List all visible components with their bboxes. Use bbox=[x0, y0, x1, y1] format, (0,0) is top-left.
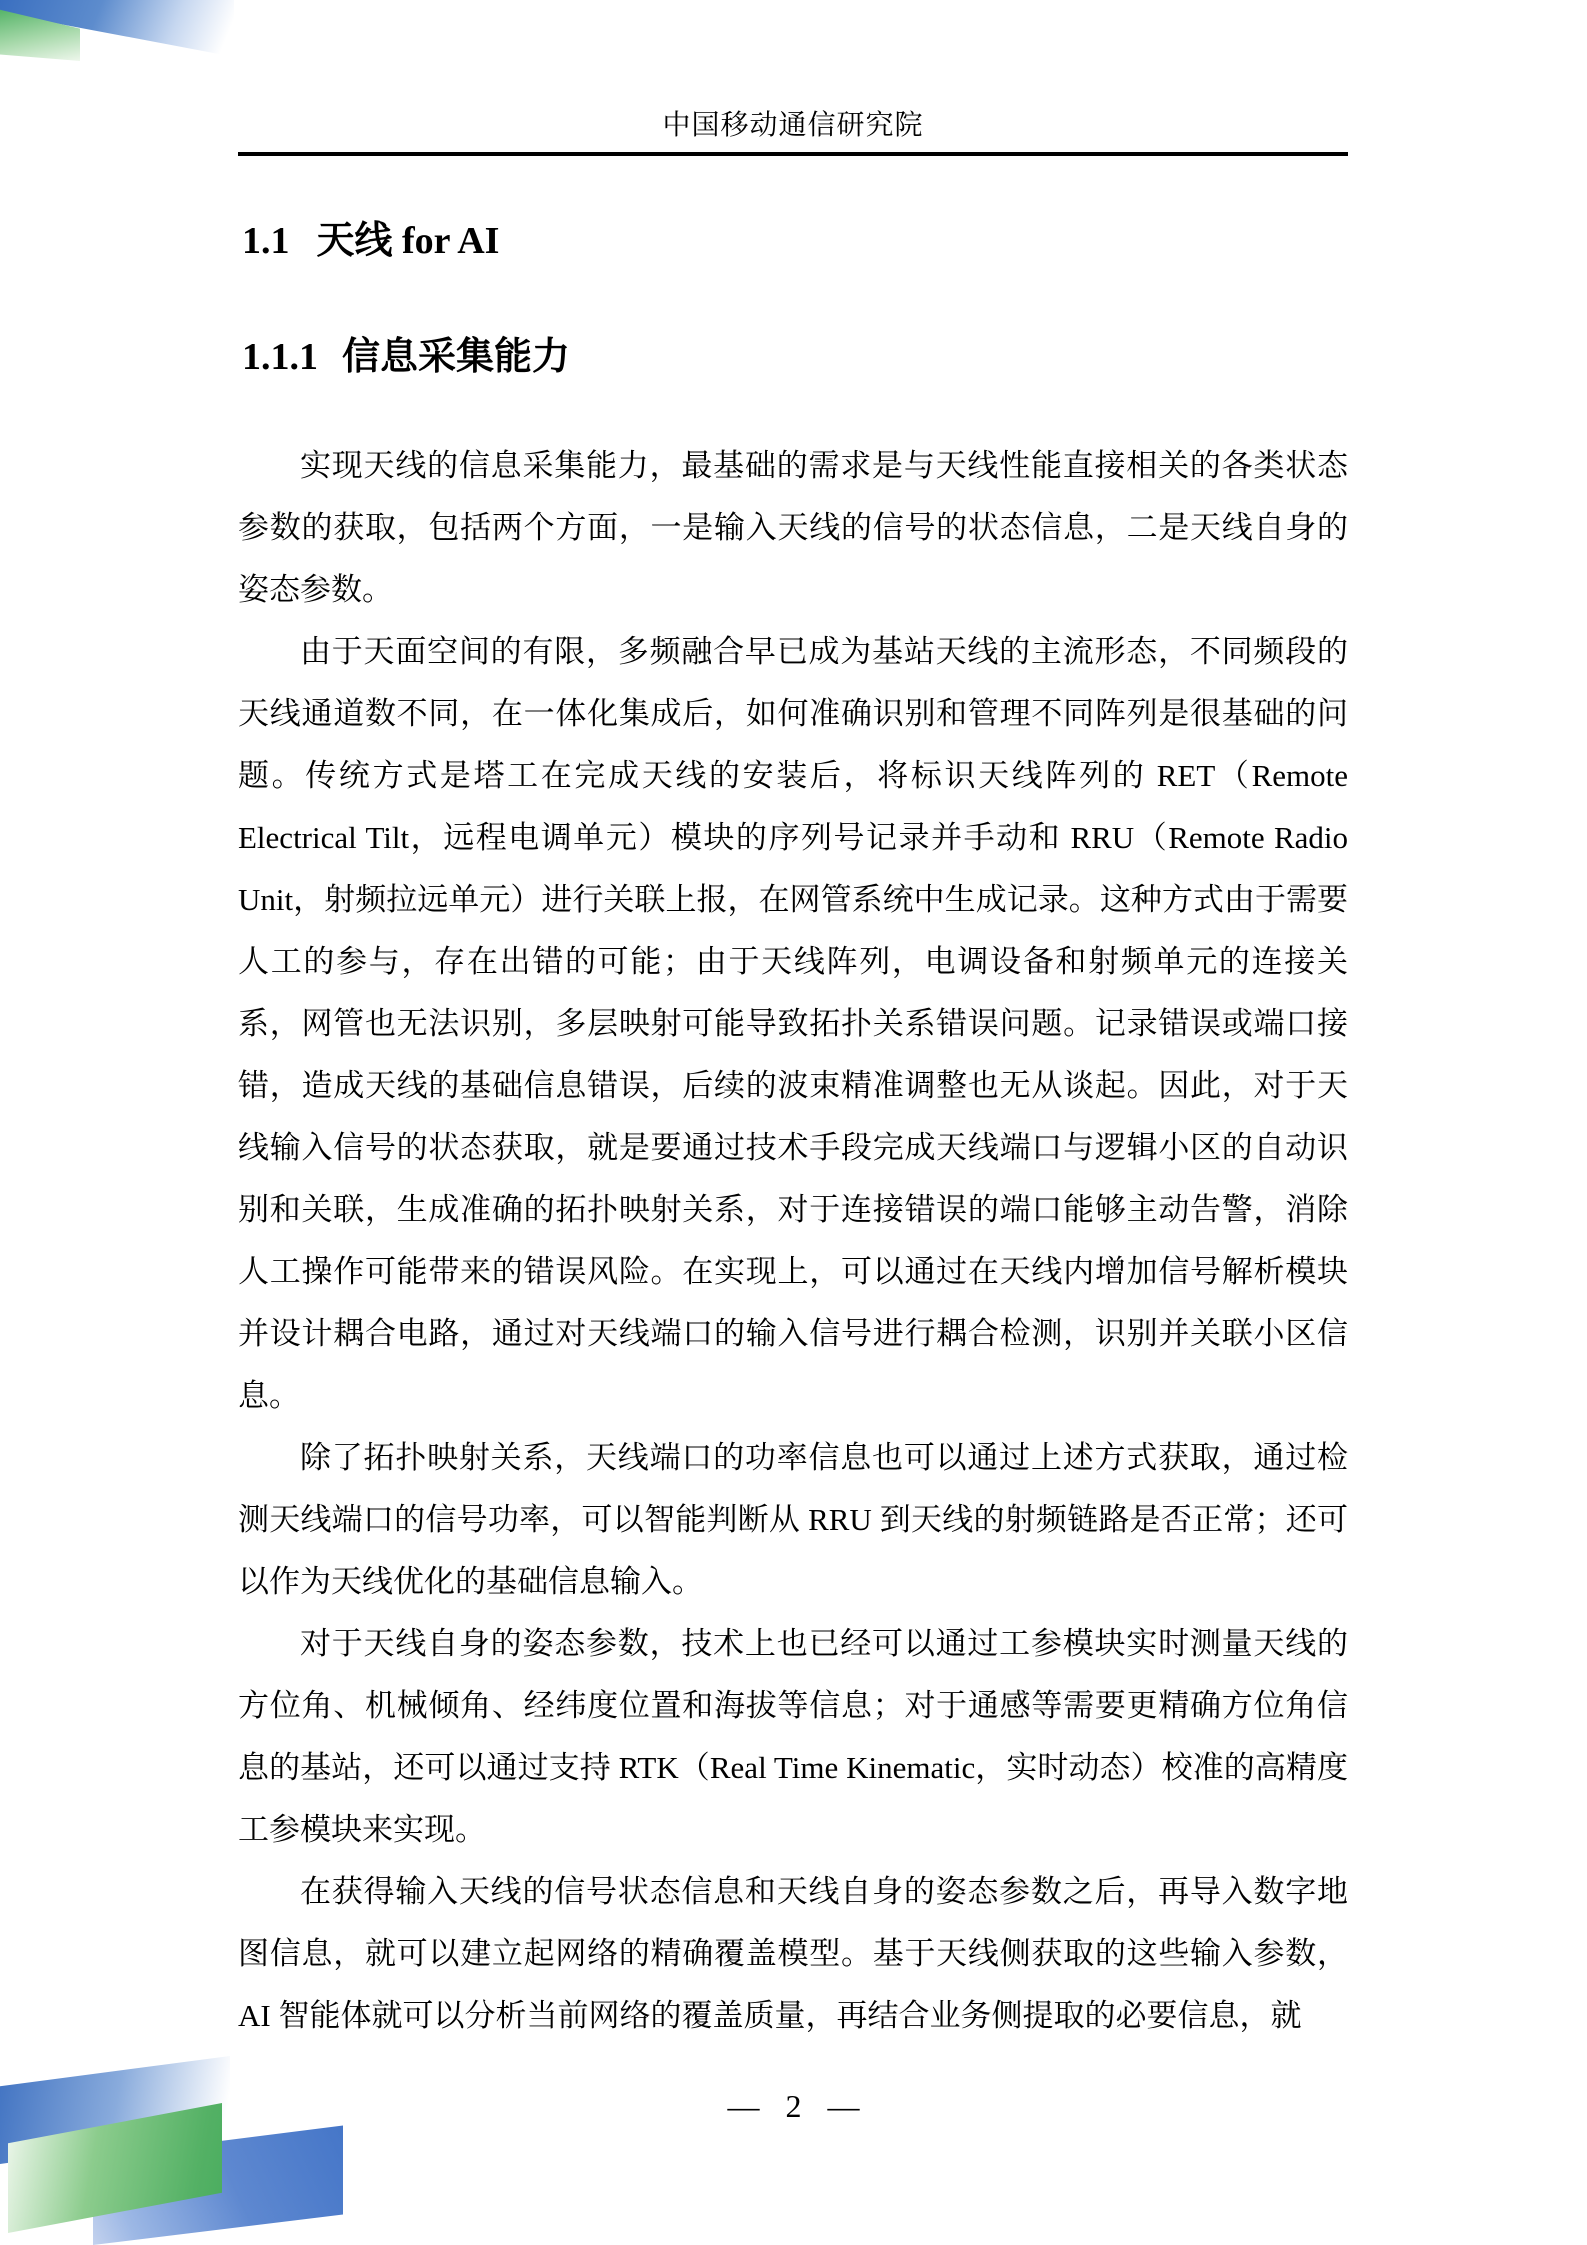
page-number-text: — 2 — bbox=[728, 2088, 860, 2124]
bottom-left-blue-ribbon-lower bbox=[93, 2123, 343, 2245]
section-title: 天线 for AI bbox=[317, 220, 500, 262]
body-text: 实现天线的信息采集能力，最基础的需求是与天线性能直接相关的各类状态参数的获取，包… bbox=[238, 435, 1348, 2047]
subsection-title: 信息采集能力 bbox=[342, 336, 570, 378]
page-number: — 2 — bbox=[0, 2086, 1587, 2126]
top-left-green-ribbon bbox=[0, 7, 80, 61]
paragraph: 实现天线的信息采集能力，最基础的需求是与天线性能直接相关的各类状态参数的获取，包… bbox=[238, 435, 1348, 621]
paragraph: 由于天面空间的有限，多频融合早已成为基站天线的主流形态，不同频段的天线通道数不同… bbox=[238, 621, 1348, 1427]
page-header: 中国移动通信研究院 bbox=[238, 0, 1348, 156]
section-heading-1-1-1: 1.1.1信息采集能力 bbox=[242, 334, 1587, 380]
header-title: 中国移动通信研究院 bbox=[662, 110, 923, 141]
section-heading-1-1: 1.1天线 for AI bbox=[242, 218, 1587, 264]
paragraph: 在获得输入天线的信号状态信息和天线自身的姿态参数之后，再导入数字地图信息，就可以… bbox=[238, 1861, 1348, 2047]
paragraph: 对于天线自身的姿态参数，技术上也已经可以通过工参模块实时测量天线的方位角、机械倾… bbox=[238, 1613, 1348, 1861]
top-left-blue-ribbon bbox=[0, 0, 234, 58]
paragraph: 除了拓扑映射关系，天线端口的功率信息也可以通过上述方式获取，通过检测天线端口的信… bbox=[238, 1427, 1348, 1613]
section-number: 1.1 bbox=[242, 220, 290, 262]
document-page: 中国移动通信研究院 1.1天线 for AI 1.1.1信息采集能力 实现天线的… bbox=[0, 0, 1587, 2245]
subsection-number: 1.1.1 bbox=[242, 336, 318, 378]
